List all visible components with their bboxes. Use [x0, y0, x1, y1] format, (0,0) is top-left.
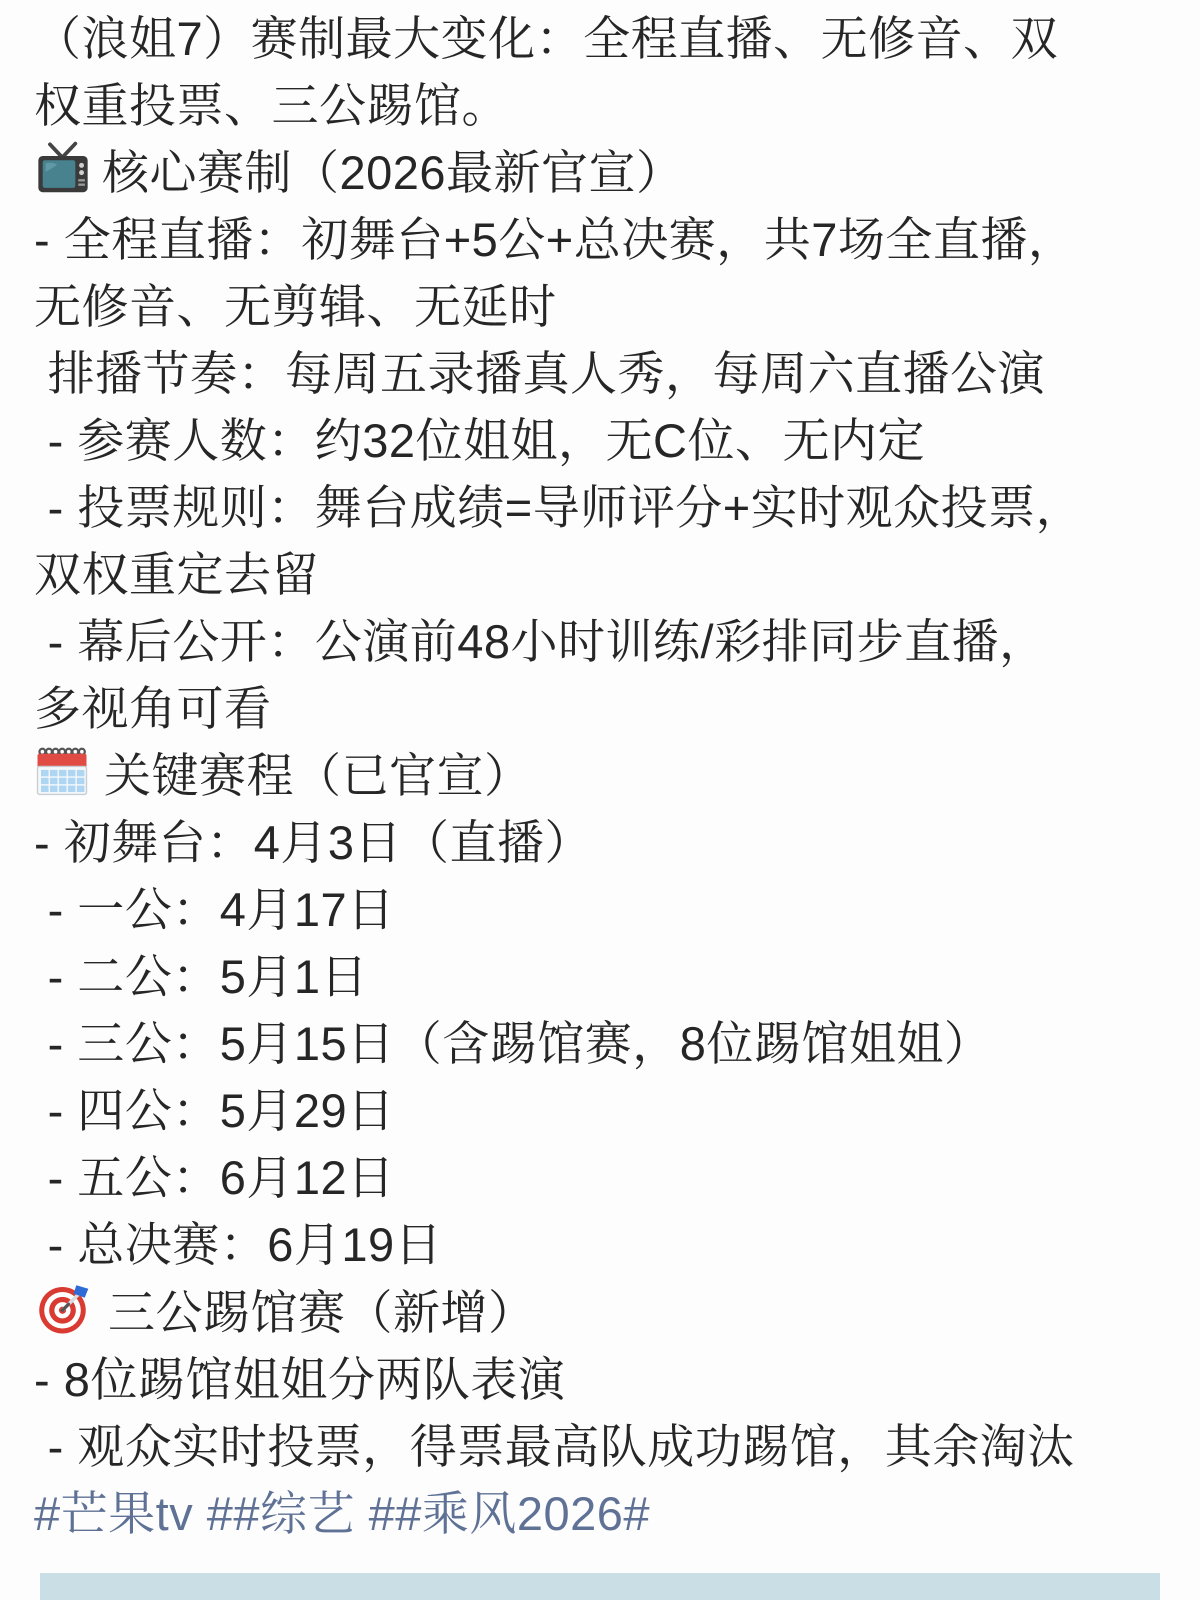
- next-content-preview-bar: [40, 1573, 1160, 1600]
- post-line-voting-rules: - 投票规则：舞台成绩=导师评分+实时观众投票， 双权重定去留: [34, 474, 1172, 608]
- post-line-first-stage: - 初舞台：4月3日（直播）: [34, 809, 1172, 876]
- post-line-text: 三公踢馆赛（新增）: [108, 1286, 536, 1339]
- post-line-stage4: - 四公：5月29日: [34, 1077, 1172, 1144]
- post-line-audience-vote: - 观众实时投票，得票最高队成功踢馆，其余淘汰: [34, 1413, 1172, 1480]
- post-line-stage1: - 一公：4月17日: [34, 876, 1172, 943]
- post-line-challenge-header: 三公踢馆赛（新增）: [34, 1278, 1172, 1346]
- post-line-final: - 总决赛：6月19日: [34, 1211, 1172, 1278]
- post-line-title: （浪姐7）赛制最大变化：全程直播、无修音、双 权重投票、三公踢馆。: [34, 5, 1172, 139]
- post-body: （浪姐7）赛制最大变化：全程直播、无修音、双 权重投票、三公踢馆。 核心赛制（2…: [0, 0, 1200, 1600]
- post-line-text: 核心赛制（2026最新官宣）: [102, 146, 684, 199]
- post-line-key-schedule-header: 关键赛程（已官宣）: [34, 742, 1172, 809]
- hashtag-links[interactable]: #芒果tv ##综艺 ##乘风2026#: [34, 1480, 1172, 1547]
- post-text-content: （浪姐7）赛制最大变化：全程直播、无修音、双 权重投票、三公踢馆。 核心赛制（2…: [0, 0, 1200, 1547]
- television-icon: [34, 140, 92, 198]
- post-line-text: 关键赛程（已官宣）: [104, 749, 532, 802]
- post-line-stage2: - 二公：5月1日: [34, 943, 1172, 1010]
- post-line-schedule-rhythm: 排播节奏：每周五录播真人秀，每周六直播公演: [34, 340, 1172, 407]
- post-line-contestants: - 参赛人数：约32位姐姐，无C位、无内定: [34, 407, 1172, 474]
- calendar-icon: [34, 743, 90, 801]
- post-line-core-rules-header: 核心赛制（2026最新官宣）: [34, 139, 1172, 206]
- dart-target-icon: [34, 1278, 94, 1338]
- post-line-two-teams: - 8位踢馆姐姐分两队表演: [34, 1346, 1172, 1413]
- post-line-stage3: - 三公：5月15日（含踢馆赛，8位踢馆姐姐）: [34, 1010, 1172, 1077]
- post-line-stage5: - 五公：6月12日: [34, 1144, 1172, 1211]
- post-line-live-broadcast: - 全程直播：初舞台+5公+总决赛，共7场全直播， 无修音、无剪辑、无延时: [34, 206, 1172, 340]
- post-line-behind-scenes: - 幕后公开：公演前48小时训练/彩排同步直播， 多视角可看: [34, 608, 1172, 742]
